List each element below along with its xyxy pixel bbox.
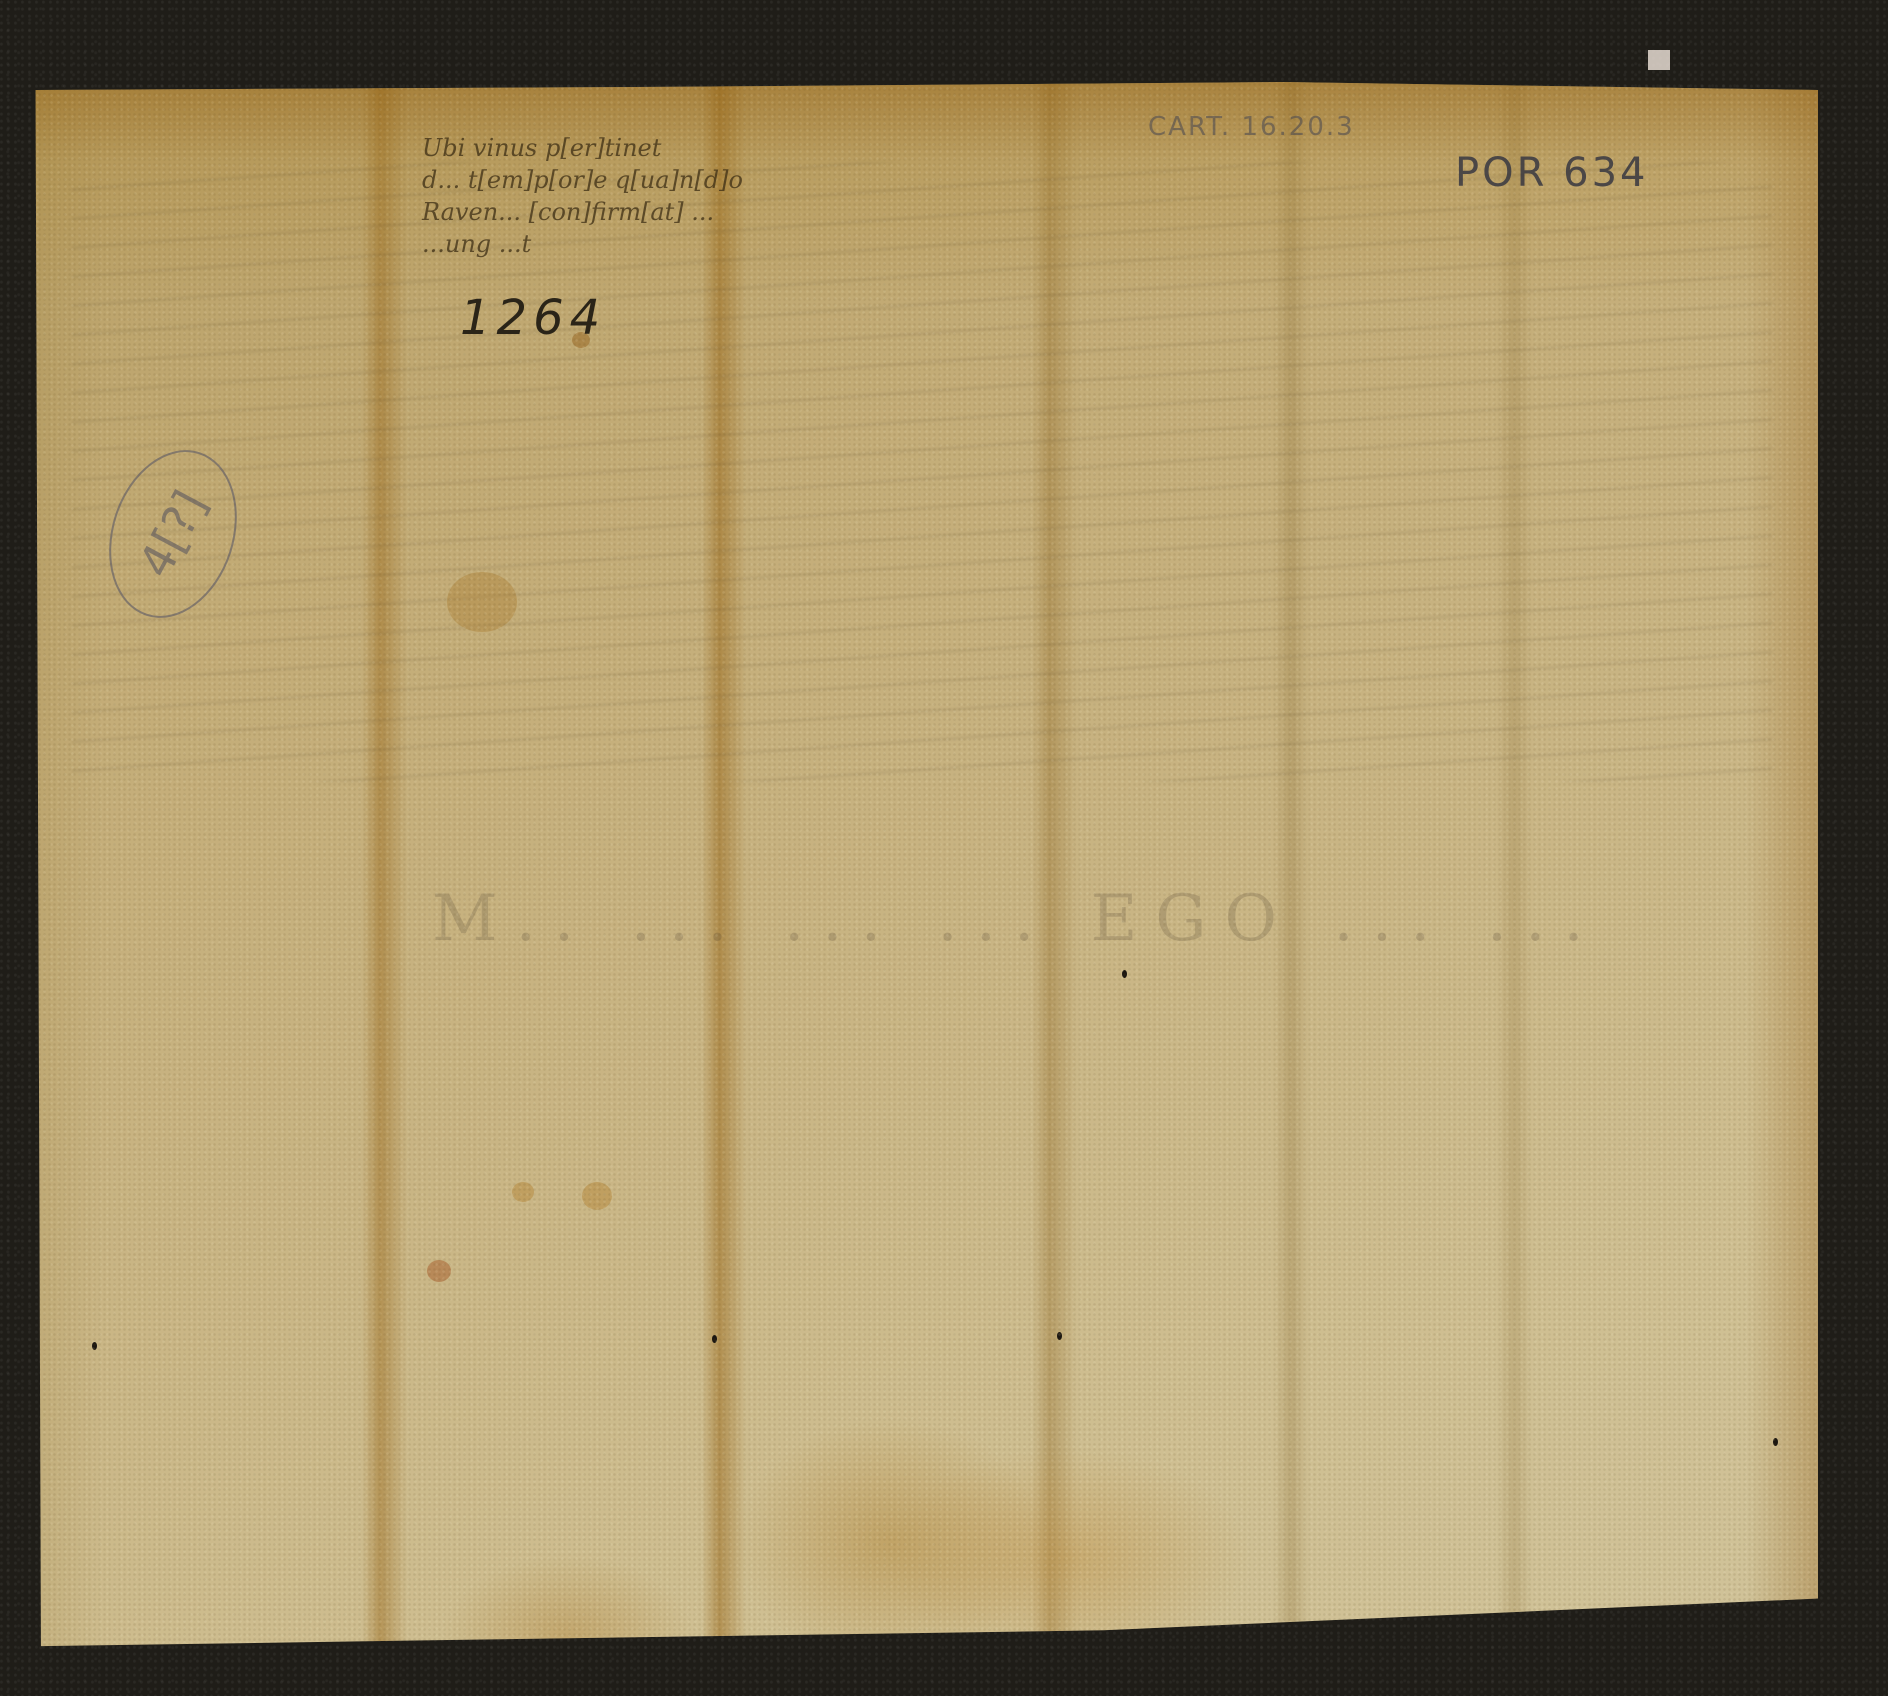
prick-hole: [1057, 1332, 1062, 1340]
dorsal-line: Raven... [con]firm[at] ...: [422, 196, 752, 228]
prick-hole: [1773, 1438, 1778, 1446]
stain: [427, 1260, 451, 1282]
medieval-dorsal-note: Ubi vinus p[er]tinet d... t[em]p[or]e q[…: [422, 132, 752, 260]
shelfmark-annotation: CART. 16.20.3: [1148, 112, 1355, 142]
dorsal-line: d... t[em]p[or]e q[ua]n[d]o: [422, 164, 752, 196]
prick-hole: [712, 1335, 717, 1343]
circled-number: 4[?]: [128, 482, 218, 586]
dorsal-line: Ubi vinus p[er]tinet: [422, 132, 752, 164]
stain: [447, 572, 517, 632]
show-through-text-lines: [72, 162, 1772, 782]
show-through-capitals: M.. ... ... ... EGO ... ...: [432, 882, 1832, 956]
reference-number: POR 634: [1455, 150, 1648, 196]
stain: [582, 1182, 612, 1210]
parchment-sheet: M.. ... ... ... EGO ... ...: [32, 82, 1818, 1670]
prick-hole: [92, 1342, 97, 1350]
year-annotation: 1264: [460, 290, 606, 346]
torn-corner: [1648, 50, 1670, 70]
stain: [512, 1182, 534, 1202]
dorsal-line: ...ung ...t: [422, 228, 752, 260]
prick-hole: [1122, 970, 1127, 978]
